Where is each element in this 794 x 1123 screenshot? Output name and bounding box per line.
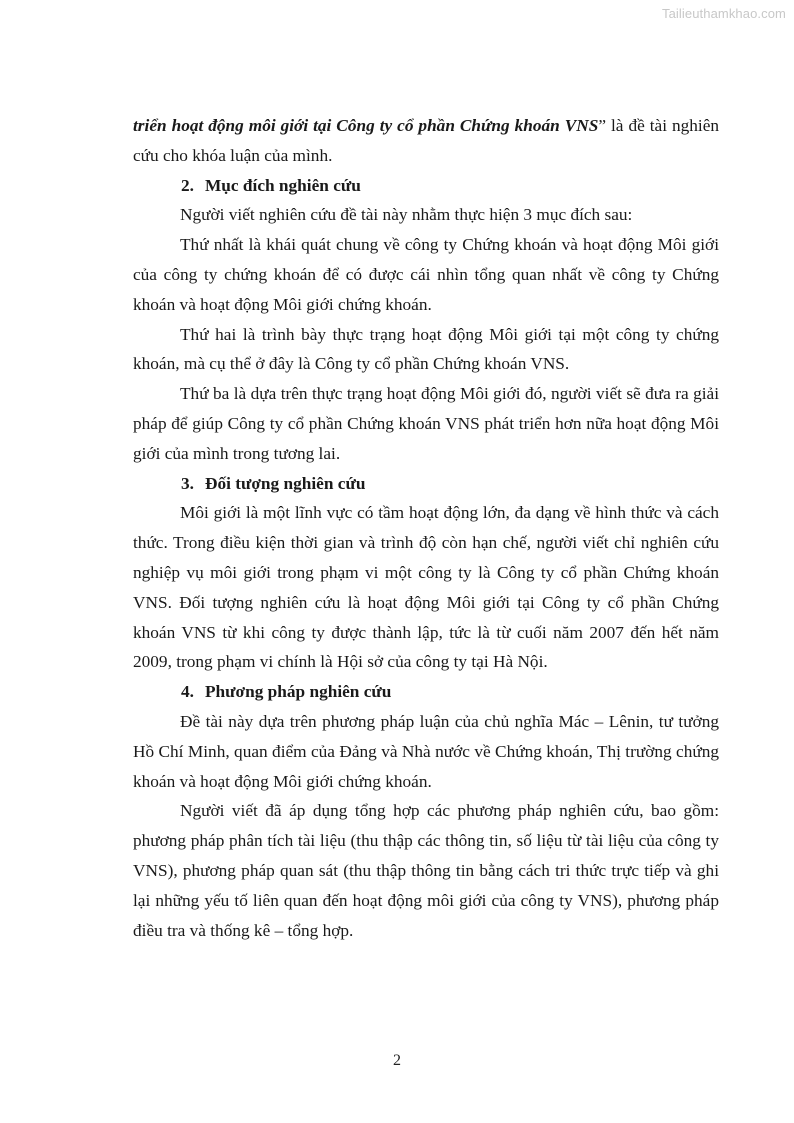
section-number: 3.: [181, 469, 205, 499]
paragraph: Đề tài này dựa trên phương pháp luận của…: [133, 707, 719, 796]
page-number: 2: [0, 1052, 794, 1070]
section-number: 2.: [181, 171, 205, 201]
paragraph: Thứ nhất là khái quát chung về công ty C…: [133, 230, 719, 319]
paragraph: Môi giới là một lĩnh vực có tầm hoạt độn…: [133, 498, 719, 677]
paragraph: Người viết đã áp dụng tổng hợp các phươn…: [133, 796, 719, 945]
paragraph: Thứ hai là trình bày thực trạng hoạt độn…: [133, 320, 719, 380]
section-title: Phương pháp nghiên cứu: [205, 677, 391, 707]
section-heading-subject: 3. Đối tượng nghiên cứu: [133, 469, 719, 499]
section-title: Mục đích nghiên cứu: [205, 171, 361, 201]
document-body: triển hoạt động môi giới tại Công ty cổ …: [133, 111, 719, 945]
section-heading-purpose: 2. Mục đích nghiên cứu: [133, 171, 719, 201]
watermark: Tailieuthamkhao.com: [662, 6, 786, 21]
paragraph: Thứ ba là dựa trên thực trạng hoạt động …: [133, 379, 719, 468]
close-quote: ”: [598, 116, 606, 135]
section-number: 4.: [181, 677, 205, 707]
section-heading-method: 4. Phương pháp nghiên cứu: [133, 677, 719, 707]
section-title: Đối tượng nghiên cứu: [205, 469, 365, 499]
thesis-title-fragment: triển hoạt động môi giới tại Công ty cổ …: [133, 116, 598, 135]
paragraph: Người viết nghiên cứu đề tài này nhằm th…: [133, 200, 719, 230]
intro-paragraph: triển hoạt động môi giới tại Công ty cổ …: [133, 111, 719, 171]
